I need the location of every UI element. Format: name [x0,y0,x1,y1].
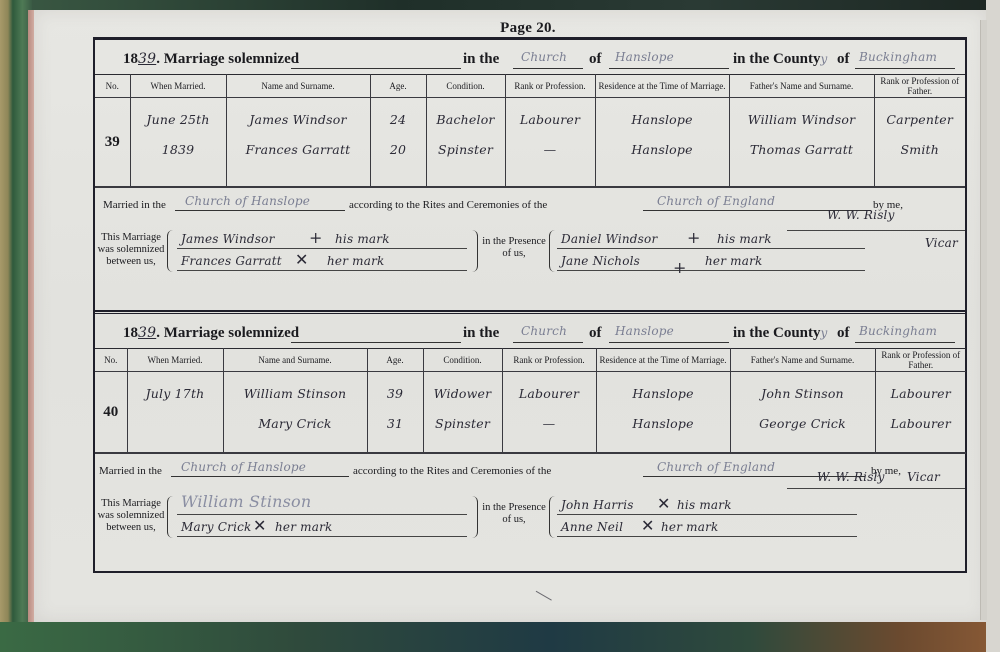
col-father-name: Father's Name and Surname. [729,75,874,98]
col-residence: Residence at the Time of Marriage. [595,75,729,98]
left-brace [167,496,176,538]
left-brace [167,230,176,272]
table-row: 40 July 17th William Stinson Mary Crick … [95,372,966,454]
names-cell: James Windsor Frances Garratt [226,98,370,188]
signature-area: This Marriage was solemnized between us,… [95,220,965,300]
col-when-married: When Married. [130,75,226,98]
professions-cell: Labourer — [505,98,595,188]
county-label: in the Countyy [733,51,828,68]
table-row: 39 June 25th 1839 James Windsor Frances … [95,98,965,188]
entry-table: No. When Married. Name and Surname. Age.… [95,74,965,188]
register-page: Page 20. 1839. Marriage solemnized in th… [34,10,986,622]
county-field: Buckingham [855,322,955,343]
place-type-field: Church [513,322,583,343]
party-signature: James Windsor + his mark [177,230,467,249]
signature-area: This Marriage was solemnized between us,… [95,486,965,566]
col-father-profession: Rank or Profession of Father. [875,349,966,372]
parish-field: Hanslope [609,48,729,69]
conditions-cell: Bachelor Spinster [426,98,505,188]
col-no: No. [95,75,130,98]
col-profession: Rank or Profession. [502,349,596,372]
column-headers: No. When Married. Name and Surname. Age.… [95,349,966,372]
col-age: Age. [370,75,426,98]
col-father-name: Father's Name and Surname. [730,349,875,372]
marriage-entry-39: 1839. Marriage solemnized in the Church … [95,40,965,310]
ages-cell: 39 31 [367,372,423,454]
father-professions-cell: Labourer Labourer [875,372,966,454]
col-when-married: When Married. [127,349,223,372]
conditions-cell: Widower Spinster [423,372,502,454]
officiant-title: Vicar [907,470,940,484]
entry-number-cell: 40 [95,372,127,454]
page-number: Page 20. [34,20,986,37]
father-professions-cell: Carpenter Smith [874,98,965,188]
col-profession: Rank or Profession. [505,75,595,98]
party-signature: Frances Garratt ✕ her mark [177,252,467,271]
parish-field: Hanslope [609,322,729,343]
marriage-register-table: 1839. Marriage solemnized in the Church … [93,37,967,573]
fathers-cell: William Windsor Thomas Garratt [729,98,874,188]
year-label: 1839. Marriage solemnized [123,51,299,68]
names-cell: William Stinson Mary Crick [223,372,367,454]
right-brace [469,496,478,538]
blank-district [291,322,461,343]
residences-cell: Hanslope Hanslope [595,98,729,188]
witness-signature: Jane Nichols + her mark [557,252,865,271]
married-in-field: Church of Hanslope [175,194,345,211]
county-field: Buckingham [855,48,955,69]
col-no: No. [95,349,127,372]
col-age: Age. [367,349,423,372]
entry-table: No. When Married. Name and Surname. Age.… [95,348,966,454]
marriage-entry-40: 1839. Marriage solemnized in the Church … [95,314,965,572]
entry-number-cell: 39 [95,98,130,188]
entry-heading: 1839. Marriage solemnized in the Church … [95,314,965,348]
col-condition: Condition. [423,349,502,372]
party-signature: William Stinson [177,496,467,515]
ages-cell: 24 20 [370,98,426,188]
col-father-profession: Rank or Profession of Father. [874,75,965,98]
col-residence: Residence at the Time of Marriage. [596,349,730,372]
book-page-stack-right [986,0,1000,652]
column-headers: No. When Married. Name and Surname. Age.… [95,75,965,98]
right-brace [469,230,478,272]
professions-cell: Labourer — [502,372,596,454]
col-name: Name and Surname. [223,349,367,372]
when-married-cell: June 25th 1839 [130,98,226,188]
col-condition: Condition. [426,75,505,98]
page-gutter-right [980,20,987,620]
place-type-field: Church [513,48,583,69]
col-name: Name and Surname. [226,75,370,98]
fathers-cell: John Stinson George Crick [730,372,875,454]
witness-signature: Anne Neil ✕ her mark [557,518,857,537]
officiant-signature: W. W. Risly Vicar [787,470,965,489]
residences-cell: Hanslope Hanslope [596,372,730,454]
county-label: in the Countyy [733,325,828,342]
year-label: 1839. Marriage solemnized [123,325,299,342]
book-cover-bottom [0,622,1000,652]
blank-district [291,48,461,69]
party-signature: Mary Crick ✕ her mark [177,518,467,537]
witness-signature: Daniel Windsor + his mark [557,230,865,249]
officiant-signature: W. W. Risly [787,212,965,231]
officiant-title: Vicar [925,236,958,250]
when-married-cell: July 17th [127,372,223,454]
witness-signature: John Harris ✕ his mark [557,496,857,515]
married-in-field: Church of Hanslope [171,460,349,477]
entry-heading: 1839. Marriage solemnized in the Church … [95,40,965,74]
paper-crease [534,591,552,603]
